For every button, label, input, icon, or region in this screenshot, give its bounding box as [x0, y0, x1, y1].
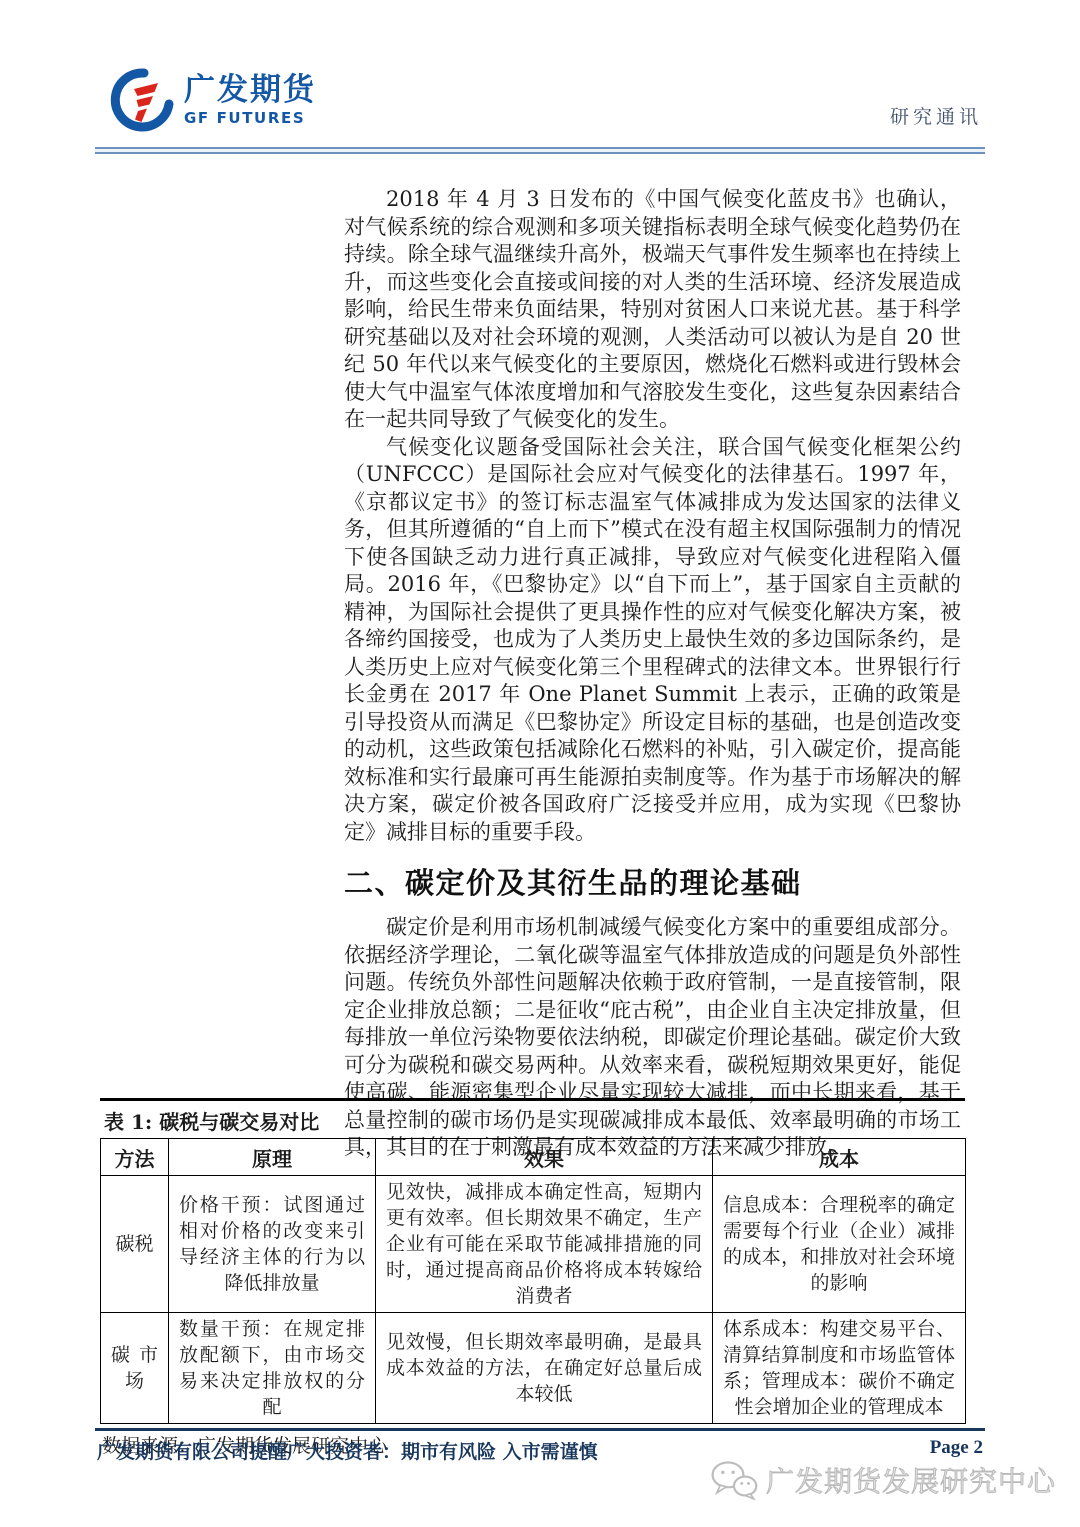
- doc-type-label: 研究通讯: [890, 102, 982, 129]
- cell-principle: 数量干预：在规定排放配额下，由市场交易来决定排放权的分配: [169, 1313, 376, 1424]
- header-divider: [95, 147, 985, 154]
- column-header-cost: 成本: [713, 1139, 966, 1176]
- section-heading: 二、碳定价及其衍生品的理论基础: [344, 864, 961, 902]
- table-row: 碳市场 数量干预：在规定排放配额下，由市场交易来决定排放权的分配 见效慢，但长期…: [101, 1313, 966, 1424]
- gf-logo-icon: [110, 68, 174, 132]
- wechat-icon: [710, 1460, 758, 1500]
- body-column: 2018 年 4 月 3 日发布的《中国气候变化蓝皮书》也确认，对气候系统的综合…: [344, 186, 961, 1162]
- cell-cost: 体系成本：构建交易平台、清算结算制度和市场监管体系；管理成本：碳价不确定性会增加…: [713, 1313, 966, 1424]
- column-header-principle: 原理: [169, 1139, 376, 1176]
- gf-futures-logo: 广发期货 GF FUTURES: [110, 68, 316, 132]
- paragraph-1: 2018 年 4 月 3 日发布的《中国气候变化蓝皮书》也确认，对气候系统的综合…: [344, 186, 961, 434]
- carbon-tax-vs-trading-table: 方法 原理 效果 成本 碳税 价格干预：试图通过相对价格的改变来引导经济主体的行…: [100, 1138, 966, 1424]
- cell-effect: 见效慢，但长期效率最明确，是最具成本效益的方法，在确定好总量后成本较低: [376, 1313, 713, 1424]
- report-page: 广发期货 GF FUTURES 研究通讯 2018 年 4 月 3 日发布的《中…: [0, 0, 1080, 1527]
- table-header-row: 方法 原理 效果 成本: [101, 1139, 966, 1176]
- paragraph-2: 气候变化议题备受国际社会关注，联合国气候变化框架公约（UNFCCC）是国际社会应…: [344, 434, 961, 847]
- footer-divider: [95, 1428, 985, 1431]
- cell-method: 碳市场: [101, 1313, 169, 1424]
- wechat-watermark: 广发期货发展研究中心: [710, 1460, 1056, 1500]
- watermark-text: 广发期货发展研究中心: [766, 1460, 1056, 1500]
- page-number: Page 2: [930, 1437, 983, 1459]
- logo-name-cn: 广发期货: [184, 75, 316, 106]
- logo-name-en: GF FUTURES: [184, 111, 316, 126]
- cell-cost: 信息成本：合理税率的确定需要每个行业（企业）减排的成本，和排放对社会环境的影响: [713, 1176, 966, 1313]
- logo-text: 广发期货 GF FUTURES: [184, 75, 316, 126]
- column-header-method: 方法: [101, 1139, 169, 1176]
- cell-method: 碳税: [101, 1176, 169, 1313]
- cell-effect: 见效快，减排成本确定性高，短期内更有效率。但长期效果不确定，生产企业有可能在采取…: [376, 1176, 713, 1313]
- column-header-effect: 效果: [376, 1139, 713, 1176]
- cell-principle: 价格干预：试图通过相对价格的改变来引导经济主体的行为以降低排放量: [169, 1176, 376, 1313]
- table-title: 表 1: 碳税与碳交易对比: [100, 1098, 965, 1138]
- comparison-table-block: 表 1: 碳税与碳交易对比 方法 原理 效果 成本 碳税 价格干预：试图通过相对…: [100, 1098, 965, 1458]
- risk-disclaimer: 广发期货有限公司提醒广大投资者：期市有风险 入市需谨慎: [97, 1437, 598, 1464]
- table-row: 碳税 价格干预：试图通过相对价格的改变来引导经济主体的行为以降低排放量 见效快，…: [101, 1176, 966, 1313]
